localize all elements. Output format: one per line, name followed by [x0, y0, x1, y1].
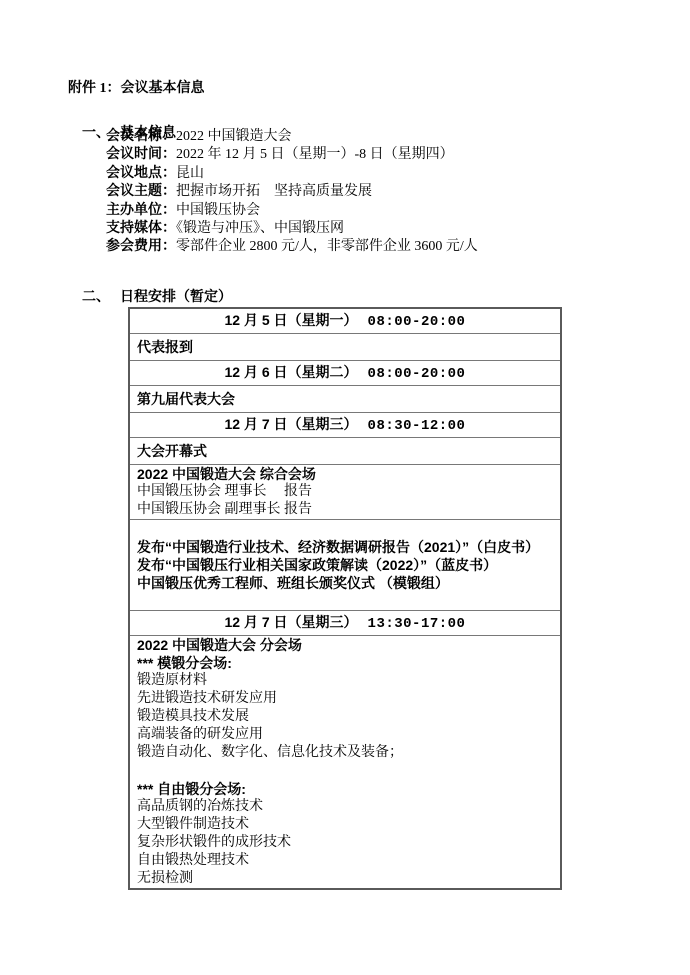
schedule-line: 高端装备的研发应用 [137, 726, 553, 744]
schedule-item-row: 代表报到 [130, 333, 560, 360]
info-item-place: 会议地点：昆山 [106, 165, 478, 183]
schedule-line: 锻造自动化、数字化、信息化技术及装备； [137, 744, 553, 762]
schedule-line: 锻造模具技术发展 [137, 708, 553, 726]
schedule-time: 13:30-17:00 [368, 616, 466, 632]
info-item-fee: 参会费用：零部件企业 2800 元/人，非零部件企业 3600 元/人 [106, 238, 478, 256]
schedule-line: *** 自由锻分会场: [137, 780, 553, 798]
schedule-item-text: 第九届代表大会 [137, 391, 235, 407]
info-value: 昆山 [176, 166, 204, 181]
schedule-line: 中国锻压协会 理事长 报告 [137, 483, 553, 501]
schedule-time: 08:30-12:00 [368, 418, 466, 434]
schedule-line: *** 模锻分会场: [137, 654, 553, 672]
info-value: 零部件企业 2800 元/人，非零部件企业 3600 元/人 [176, 239, 478, 254]
schedule-line [137, 520, 553, 538]
schedule-release-block: 发布“中国锻造行业技术、经济数据调研报告（2021）”（白皮书） 发布“中国锻压… [130, 519, 560, 610]
schedule-item-text: 代表报到 [137, 339, 193, 355]
info-value: 2022 中国锻造大会 [176, 129, 292, 144]
schedule-date: 12 月 7 日（星期三） [225, 614, 358, 630]
schedule-breakout-block: 2022 中国锻造大会 分会场 *** 模锻分会场: 锻造原材料 先进锻造技术研… [130, 635, 560, 888]
schedule-line [137, 592, 553, 610]
info-label: 会议地点： [106, 166, 176, 181]
info-value: 《锻造与冲压》、中国锻压网 [176, 221, 344, 236]
basic-info-list: 会议名称：2022 中国锻造大会 会议时间：2022 年 12 月 5 日（星期… [106, 128, 478, 257]
info-label: 会议主题： [106, 184, 176, 199]
schedule-item-text: 大会开幕式 [137, 443, 207, 459]
info-label: 会议时间： [106, 147, 176, 162]
schedule-line: 2022 中国锻造大会 综合会场 [137, 465, 553, 483]
info-item-theme: 会议主题：把握市场开拓 坚持高质量发展 [106, 183, 478, 201]
schedule-line: 2022 中国锻造大会 分会场 [137, 636, 553, 654]
schedule-line: 先进锻造技术研发应用 [137, 690, 553, 708]
attachment-title: 附件 1：会议基本信息 [68, 80, 205, 98]
schedule-date-row: 12 月 6 日（星期二）08:00-20:00 [130, 360, 560, 385]
info-item-time: 会议时间：2022 年 12 月 5 日（星期一）-8 日（星期四） [106, 146, 478, 164]
schedule-line: 高品质钢的冶炼技术 [137, 798, 553, 816]
info-item-organizer: 主办单位：中国锻压协会 [106, 202, 478, 220]
section-number: 二、 [82, 289, 120, 307]
schedule-date-row: 12 月 7 日（星期三）13:30-17:00 [130, 610, 560, 635]
schedule-date: 12 月 6 日（星期二） [225, 364, 358, 380]
document-page: 附件 1：会议基本信息 一、基本信息 会议名称：2022 中国锻造大会 会议时间… [0, 0, 690, 975]
schedule-line: 复杂形状锻件的成形技术 [137, 834, 553, 852]
schedule-line: 自由锻热处理技术 [137, 852, 553, 870]
schedule-line [137, 762, 553, 780]
schedule-date: 12 月 7 日（星期三） [225, 416, 358, 432]
info-value: 2022 年 12 月 5 日（星期一）-8 日（星期四） [176, 147, 454, 162]
schedule-date-row: 12 月 7 日（星期三）08:30-12:00 [130, 412, 560, 437]
info-value: 把握市场开拓 坚持高质量发展 [176, 184, 372, 199]
schedule-line: 大型锻件制造技术 [137, 816, 553, 834]
schedule-date-row: 12 月 5 日（星期一）08:00-20:00 [130, 309, 560, 333]
schedule-line: 中国锻压协会 副理事长 报告 [137, 501, 553, 519]
schedule-table: 12 月 5 日（星期一）08:00-20:00 代表报到 12 月 6 日（星… [128, 307, 562, 890]
schedule-line: 无损检测 [137, 870, 553, 888]
info-label: 会议名称： [106, 129, 176, 144]
schedule-plenary-block: 2022 中国锻造大会 综合会场 中国锻压协会 理事长 报告 中国锻压协会 副理… [130, 464, 560, 519]
schedule-time: 08:00-20:00 [368, 314, 466, 330]
schedule-line: 发布“中国锻压行业相关国家政策解读（2022）”（蓝皮书） [137, 556, 553, 574]
schedule-item-row: 第九届代表大会 [130, 385, 560, 412]
info-label: 主办单位： [106, 203, 176, 218]
info-item-media: 支持媒体：《锻造与冲压》、中国锻压网 [106, 220, 478, 238]
schedule-line: 锻造原材料 [137, 672, 553, 690]
section-title: 日程安排（暂定） [120, 290, 232, 305]
schedule-time: 08:00-20:00 [368, 366, 466, 382]
info-label: 支持媒体： [106, 221, 176, 236]
schedule-item-row: 大会开幕式 [130, 437, 560, 464]
schedule-line: 中国锻压优秀工程师、班组长颁奖仪式 （模锻组） [137, 574, 553, 592]
schedule-line: 发布“中国锻造行业技术、经济数据调研报告（2021）”（白皮书） [137, 538, 553, 556]
info-label: 参会费用： [106, 239, 176, 254]
schedule-date: 12 月 5 日（星期一） [225, 312, 358, 328]
info-value: 中国锻压协会 [176, 203, 260, 218]
info-item-name: 会议名称：2022 中国锻造大会 [106, 128, 478, 146]
